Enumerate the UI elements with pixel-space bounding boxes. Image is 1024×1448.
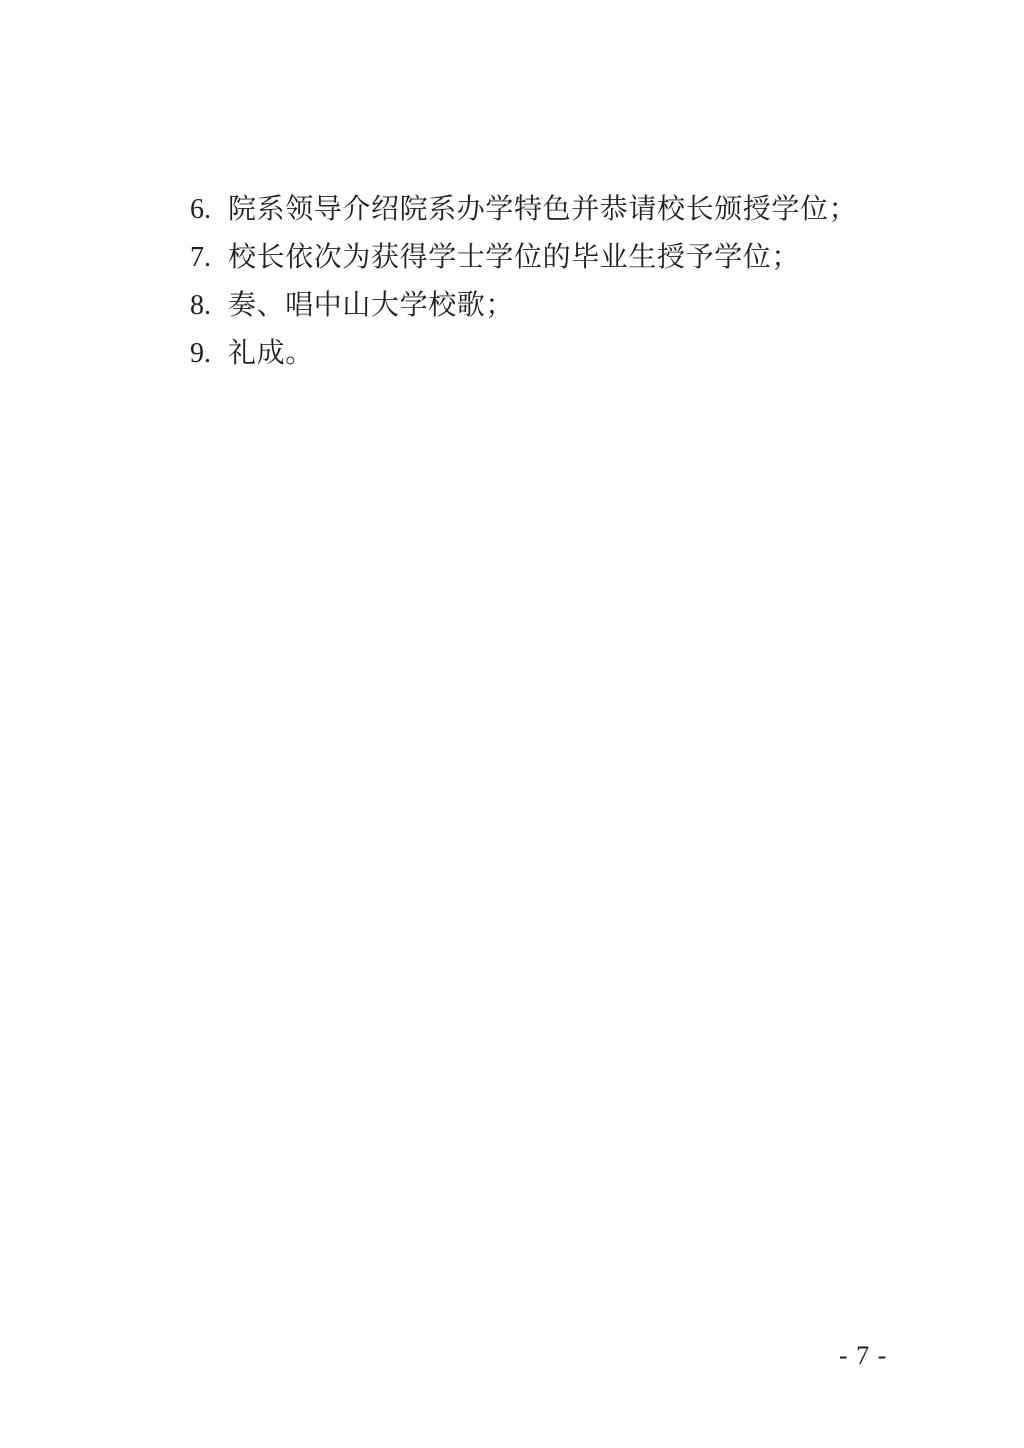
list-item: 7. 校长依次为获得学士学位的毕业生授予学位； (190, 234, 890, 282)
item-text: 礼成。 (228, 330, 314, 378)
item-number: 7. (190, 234, 228, 282)
list-item: 8. 奏、唱中山大学校歌； (190, 282, 890, 330)
numbered-list: 6. 院系领导介绍院系办学特色并恭请校长颁授学位； 7. 校长依次为获得学士学位… (190, 186, 890, 378)
item-number: 9. (190, 330, 228, 378)
item-text: 院系领导介绍院系办学特色并恭请校长颁授学位； (228, 186, 857, 234)
list-item: 9. 礼成。 (190, 330, 890, 378)
item-text: 校长依次为获得学士学位的毕业生授予学位； (228, 234, 800, 282)
page-number: - 7 - (839, 1341, 887, 1371)
item-number: 8. (190, 282, 228, 330)
item-number: 6. (190, 186, 228, 234)
list-item: 6. 院系领导介绍院系办学特色并恭请校长颁授学位； (190, 186, 890, 234)
item-text: 奏、唱中山大学校歌； (228, 282, 514, 330)
document-page: 6. 院系领导介绍院系办学特色并恭请校长颁授学位； 7. 校长依次为获得学士学位… (0, 0, 1024, 1448)
